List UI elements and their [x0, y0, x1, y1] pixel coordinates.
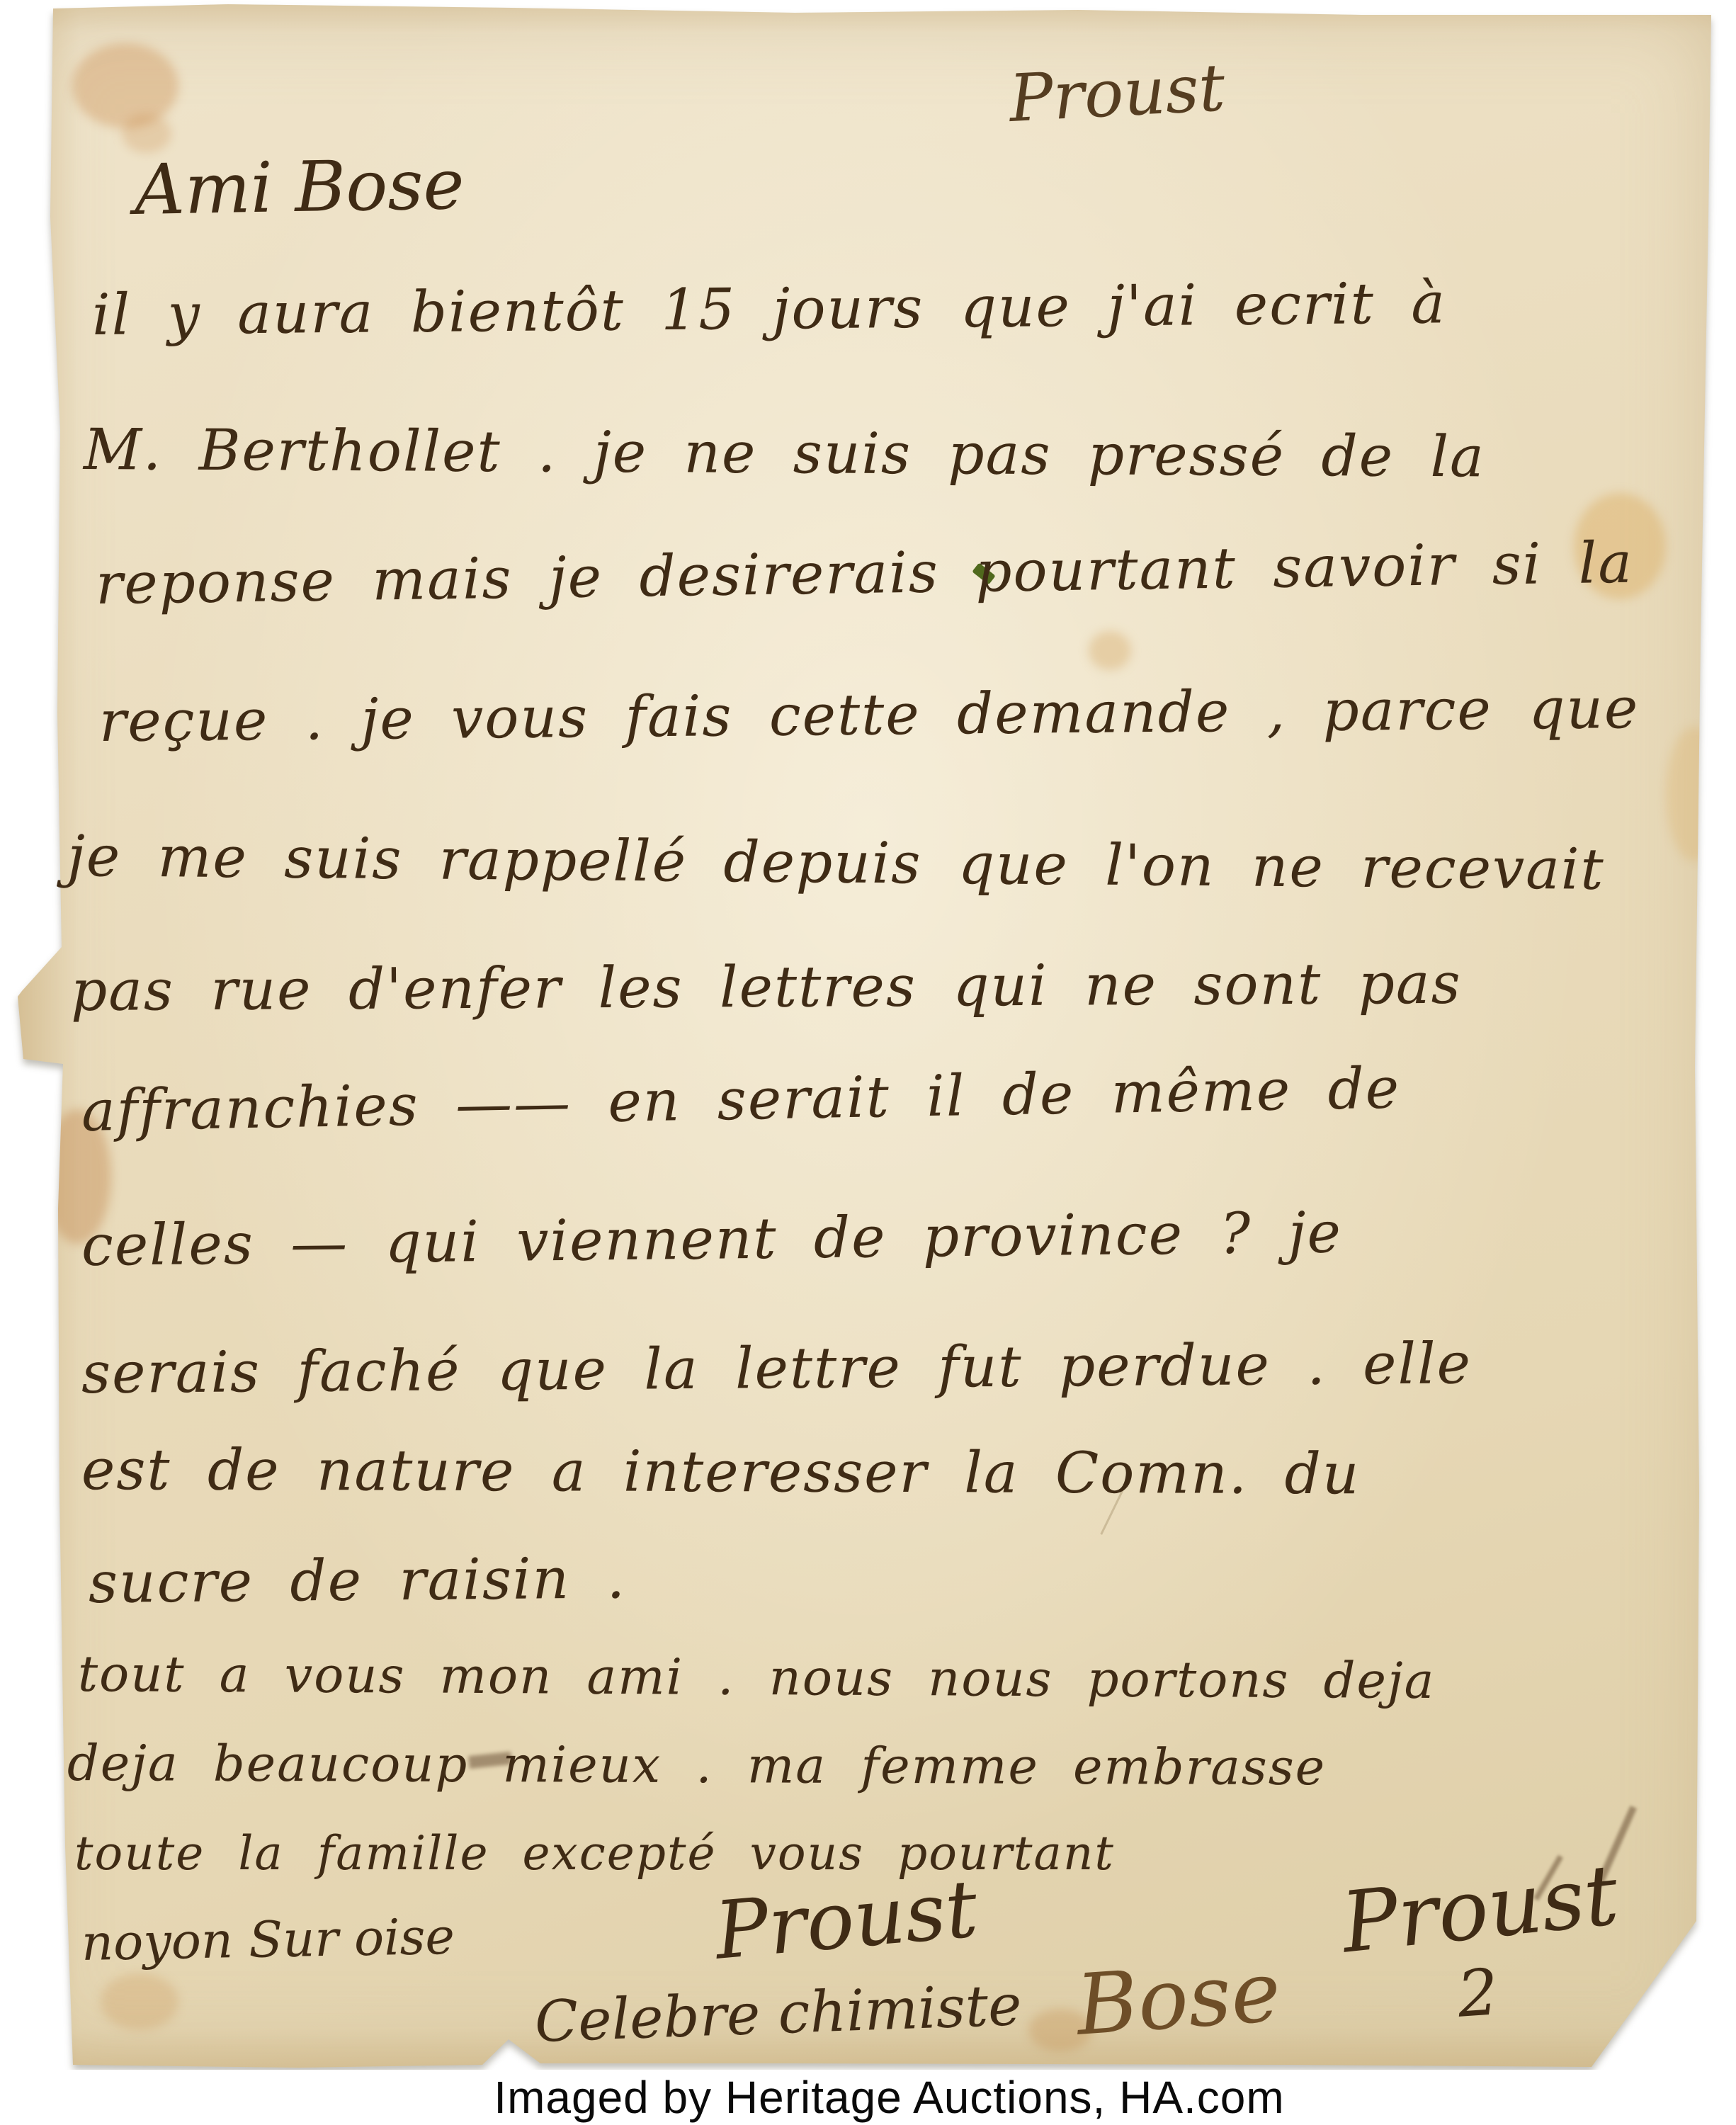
foxing-stain — [1666, 727, 1723, 861]
letter-line: serais faché que la lettre fut perdue . … — [81, 1330, 1473, 1406]
foxing-stain — [1089, 631, 1131, 670]
heritage-auctions-caption: Imaged by Heritage Auctions, HA.com — [494, 2071, 1284, 2124]
letter-line: je me suis rappellé depuis que l'on ne r… — [67, 823, 1605, 902]
paper-crease — [1704, 819, 1706, 1187]
closing-place-line: noyon Sur oise — [81, 1908, 455, 1972]
letter-line: celles — qui viennent de province ? je — [81, 1199, 1343, 1279]
foxing-stain — [72, 43, 178, 128]
letter-line: deja beaucoup mieux . ma femme embrasse — [67, 1734, 1326, 1796]
footer-caption-bar: Imaged by Heritage Auctions, HA.com — [0, 2070, 1736, 2125]
letter-line: est de nature a interesser la Comn. du — [81, 1436, 1361, 1507]
letter-line: sucre de raisin . — [89, 1545, 627, 1616]
letter-line: il y aura bientôt 15 jours que j'ai ecri… — [92, 270, 1447, 348]
auction-photo: Proust Ami Bose il y aura bientôt 15 jou… — [0, 0, 1736, 2125]
docket-title: Proust — [1007, 50, 1227, 137]
paper-edge-shading-top — [16, 4, 1720, 33]
page-number: 2 — [1455, 1955, 1500, 2032]
letter-line: M. Berthollet . je ne suis pas pressé de… — [84, 416, 1485, 489]
letter-line: pas rue d'enfer les lettres qui ne sont … — [71, 951, 1462, 1024]
letter-line: reçue . je vous fais cette demande , par… — [99, 675, 1640, 754]
salutation: Ami Bose — [134, 144, 465, 231]
letter-line: tout a vous mon ami . nous nous portons … — [78, 1645, 1436, 1710]
foxing-stain — [122, 114, 171, 153]
foxing-stain — [101, 1973, 178, 2030]
annotation-bose: Bose — [1073, 1942, 1283, 2054]
